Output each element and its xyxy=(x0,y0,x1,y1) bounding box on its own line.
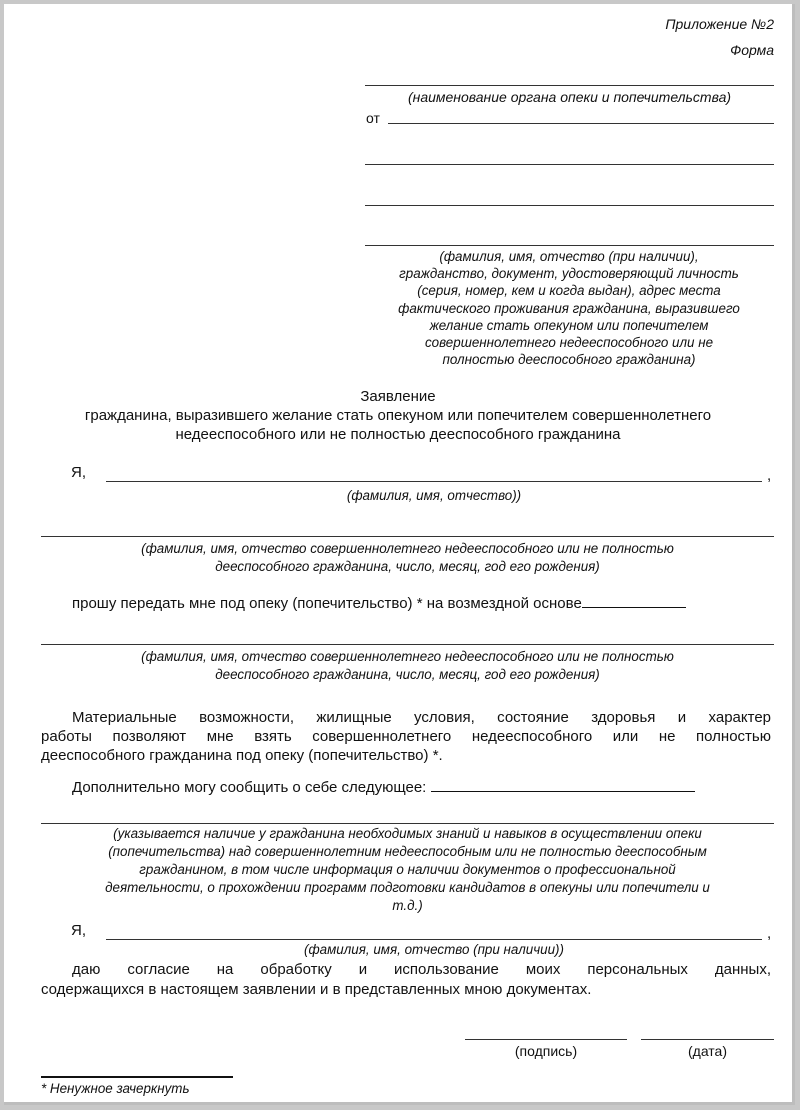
request-text: прошу передать мне под опеку (попечитель… xyxy=(72,593,686,612)
ward-name-field-2[interactable] xyxy=(41,644,774,645)
hint-line: желание стать опекуном или попечителем xyxy=(359,317,779,334)
consent-i-label: Я, xyxy=(71,922,86,939)
authority-hint: (наименование органа опеки и попечительс… xyxy=(365,89,774,105)
paragraph-line: даю согласие на обработку и использовани… xyxy=(41,960,771,980)
footnote-separator xyxy=(41,1076,233,1078)
additional-info-field-2[interactable] xyxy=(41,823,774,824)
fio-hint: (фамилия, имя, отчество)) xyxy=(106,488,762,503)
hint-line: (попечительства) над совершеннолетним не… xyxy=(41,843,774,861)
from-label: от xyxy=(366,110,380,126)
additional-label: Дополнительно могу сообщить о себе следу… xyxy=(72,779,426,796)
applicant-field-2[interactable] xyxy=(365,164,774,165)
document-title: Заявление xyxy=(4,388,792,405)
applicant-field-1[interactable] xyxy=(388,123,774,124)
consent-fio-field[interactable] xyxy=(106,939,762,940)
hint-line: (серия, номер, кем и когда выдан), адрес… xyxy=(359,282,779,299)
hint-line: гражданином, в том числе информация о на… xyxy=(41,861,774,879)
paragraph-line: работы позволяют мне взять совершеннолет… xyxy=(41,727,771,746)
hint-line: (фамилия, имя, отчество (при наличии), xyxy=(359,248,779,265)
hint-line: (фамилия, имя, отчество совершеннолетнег… xyxy=(41,648,774,666)
hint-line: т.д.) xyxy=(41,897,774,915)
appendix-label: Приложение №2 xyxy=(665,16,774,32)
applicant-field-3[interactable] xyxy=(365,205,774,206)
consent-paragraph: даю согласие на обработку и использовани… xyxy=(41,960,771,1000)
paragraph-line: содержащихся в настоящем заявлении и в п… xyxy=(41,980,771,1000)
ward-hint-1: (фамилия, имя, отчество совершеннолетнег… xyxy=(41,540,774,576)
applicant-field-4[interactable] xyxy=(365,245,774,246)
hint-line: полностью дееспособного гражданина) xyxy=(359,351,779,368)
request-label: прошу передать мне под опеку (попечитель… xyxy=(72,595,582,612)
i-label: Я, xyxy=(71,464,86,481)
subtitle-line: недееспособного или не полностью дееспос… xyxy=(4,425,792,444)
footnote: * Ненужное зачеркнуть xyxy=(41,1081,190,1096)
hint-line: совершеннолетнего недееспособного или не xyxy=(359,334,779,351)
ward-hint-2: (фамилия, имя, отчество совершеннолетнег… xyxy=(41,648,774,684)
hint-line: дееспособного гражданина, число, месяц, … xyxy=(41,666,774,684)
additional-hint: (указывается наличие у гражданина необхо… xyxy=(41,825,774,915)
signature-label: (подпись) xyxy=(465,1043,627,1059)
subtitle-line: гражданина, выразившего желание стать оп… xyxy=(4,406,792,425)
consent-comma: , xyxy=(767,925,771,942)
applicant-fio-field[interactable] xyxy=(106,481,762,482)
signature-field[interactable] xyxy=(465,1039,627,1040)
hint-line: фактического проживания гражданина, выра… xyxy=(359,300,779,317)
authority-name-field[interactable] xyxy=(365,85,774,86)
date-label: (дата) xyxy=(641,1043,774,1059)
hint-line: деятельности, о прохождении программ под… xyxy=(41,879,774,897)
additional-row: Дополнительно могу сообщить о себе следу… xyxy=(72,777,695,796)
hint-line: дееспособного гражданина, число, месяц, … xyxy=(41,558,774,576)
document-subtitle: гражданина, выразившего желание стать оп… xyxy=(4,406,792,444)
basis-field[interactable] xyxy=(582,593,686,608)
capabilities-paragraph: Материальные возможности, жилищные услов… xyxy=(41,708,771,765)
ward-name-field-1[interactable] xyxy=(41,536,774,537)
comma: , xyxy=(767,467,771,484)
form-label: Форма xyxy=(730,42,774,58)
additional-info-field[interactable] xyxy=(431,777,695,792)
hint-line: гражданство, документ, удостоверяющий ли… xyxy=(359,265,779,282)
hint-line: (фамилия, имя, отчество совершеннолетнег… xyxy=(41,540,774,558)
paragraph-line: дееспособного гражданина под опеку (попе… xyxy=(41,746,771,765)
hint-line: (указывается наличие у гражданина необхо… xyxy=(41,825,774,843)
paragraph-line: Материальные возможности, жилищные услов… xyxy=(41,708,771,727)
document-page: Приложение №2 Форма (наименование органа… xyxy=(4,4,795,1105)
date-field[interactable] xyxy=(641,1039,774,1040)
applicant-hint: (фамилия, имя, отчество (при наличии), г… xyxy=(359,248,779,368)
consent-fio-hint: (фамилия, имя, отчество (при наличии)) xyxy=(106,942,762,957)
